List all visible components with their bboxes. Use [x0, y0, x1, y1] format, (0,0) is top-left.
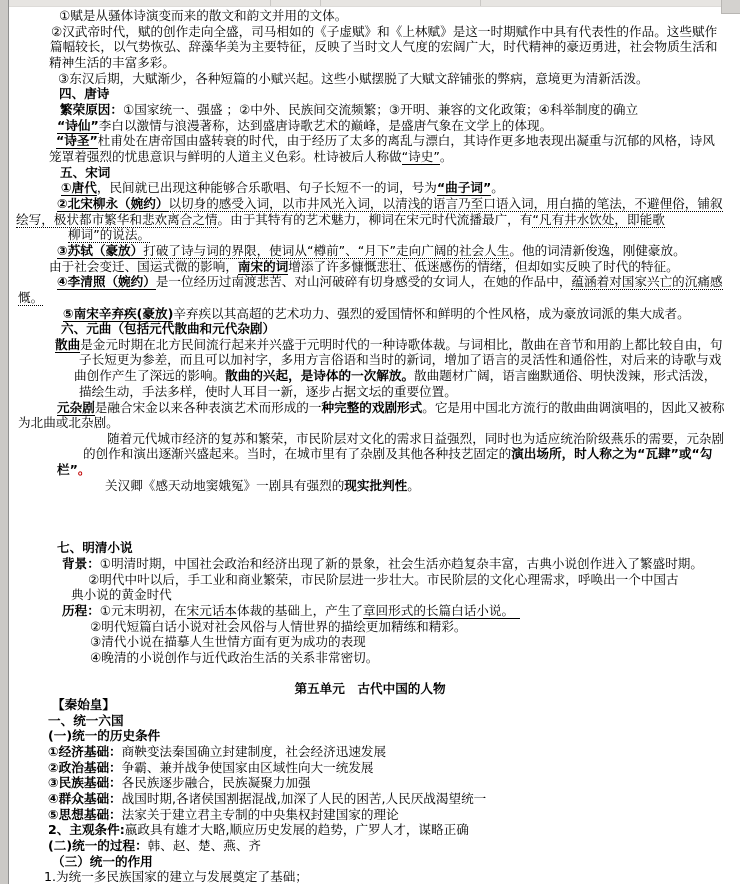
doc-text-segment: ③东汉后期，大赋渐少，各种短篇的小赋兴起。这些小赋摆脱了大赋文辞铺张的弊病，意境…: [58, 71, 649, 86]
doc-line: 篇幅较长，以气势恢弘、辞藻华美为主要特征，反映了当时文人气度的宏阔广大，时代精神…: [50, 39, 717, 54]
doc-text-segment: 为北曲或北杂剧。: [18, 415, 119, 430]
doc-text-segment: ②明代中叶以后，手工业和商业繁荣，市民阶层进一步壮大。市民阶层的文化心理需求，呼…: [88, 572, 679, 587]
doc-text-segment: ③民族基础：: [48, 775, 122, 790]
doc-text-segment: ③苏轼（豪放）: [57, 243, 143, 259]
doc-text-segment: 篇幅较长，以气势恢弘、辞藻华美为主要特征，反映了当时文人气度的宏阔广大，时代精神…: [50, 39, 717, 54]
doc-text-segment: 元杂剧: [57, 400, 95, 416]
doc-text-segment: 关汉卿《感天动地窦娥冤》一剧具有强烈的: [105, 478, 344, 493]
doc-line: 为北曲或北杂剧。: [18, 415, 119, 430]
doc-text-segment: 散曲的兴起，是诗体的一次解放。: [225, 368, 414, 383]
doc-text-segment: 争霸、兼并战争使国家由区域性向大一统发展: [122, 760, 374, 775]
doc-text-segment: 绘写，极状都市繁华和悲欢离合之情: [16, 212, 218, 228]
doc-line: ③东汉后期，大赋渐少，各种短篇的小赋兴起。这些小赋摆脱了大赋文辞铺张的弊病，意境…: [58, 71, 649, 86]
doc-text-segment: ①赋是从骚体诗演变而来的散文和韵文并用的文体。: [59, 8, 347, 23]
doc-text-segment: 曲创作产生了深远的影响。: [74, 368, 225, 383]
doc-text-segment: （三）统一的作用: [52, 854, 153, 869]
doc-text-segment: 嬴政具有雄才大略,顺应历史发展的趋势，广罗人才，谋略正确: [125, 822, 469, 837]
doc-line: 2、主观条件:嬴政具有雄才大略,顺应历史发展的趋势，广罗人才，谋略正确: [48, 822, 469, 837]
doc-text-segment: 2、主观条件:: [48, 822, 125, 837]
doc-text-segment: 随着元代城市经济的复苏和繁荣，市民阶层对文化的需求日益强烈，同时也为适应统治阶级…: [107, 431, 724, 446]
doc-line: 柳词”的说法。: [68, 227, 150, 243]
doc-line: ⑤思想基础：法家关于建立君主专制的中央集权封建国家的理论: [48, 807, 399, 822]
doc-line: (一)统一的历史条件: [48, 728, 160, 743]
doc-text-segment: 。: [440, 149, 453, 164]
doc-line: ④晚清的小说创作与近代政治生活的关系非常密切。: [90, 650, 378, 665]
doc-text-segment: ①唐代: [61, 180, 97, 196]
doc-text-segment: 描绘生动，手法多样，使时人耳目一新，逐步占据文坛的重要位置。: [79, 384, 457, 399]
document-page: ①赋是从骚体诗演变而来的散文和韵文并用的文体。②汉武帝时代，赋的创作走向全盛，司…: [0, 0, 740, 884]
doc-text-segment: 一、统一六国: [48, 713, 124, 728]
doc-text-segment: 宋元话本: [187, 603, 237, 619]
doc-line: 一、统一六国: [48, 713, 124, 728]
doc-text-segment: 各民族逐步融合，民族凝聚力加强: [122, 775, 311, 790]
doc-text-segment: 增添了许多慷慨悲壮、低迷感伤的情绪，但却如实反映了时代的特征。: [288, 259, 678, 274]
doc-line: ④群众基础：战国时期,各诸侯国割据混战,加深了人民的困苦,人民厌战渴望统一: [48, 791, 486, 806]
doc-line: ②明代短篇白话小说对社会风俗与人情世界的描绘更加精练和精彩。: [90, 619, 467, 634]
doc-text-segment: ④晚清的小说创作与近代政治生活的关系非常密切。: [90, 650, 378, 665]
doc-text-segment: “诗史”: [402, 149, 440, 165]
doc-line: 栏”。: [57, 462, 90, 477]
doc-text-segment: 辛弃疾以其高超的艺术功力、强烈的爱国情怀和鲜明的个性风格，成为豪放词派的集大成者…: [173, 306, 689, 321]
doc-line: ①经济基础：商鞅变法秦国确立封建制度，社会经济迅速发展: [48, 744, 386, 759]
doc-text-segment: 七、明清小说: [57, 540, 133, 555]
table-gridline-remnant: [270, 0, 271, 6]
doc-line: 四、唐诗: [59, 86, 109, 101]
doc-line: （三）统一的作用: [52, 854, 153, 869]
doc-text-segment: 。: [407, 478, 420, 493]
doc-line: ④李清照（婉约）是一位经历过南渡悲苦、对山河破碎有切身感受的女词人，在她的作品中…: [57, 274, 723, 290]
doc-line: 关汉卿《感天动地窦娥冤》一剧具有强烈的现实批判性。: [105, 478, 420, 493]
doc-line: 子长短更为参差，而且可以加衬字，多用方言俗语和当时的新词，增加了语言的灵活性和通…: [79, 352, 721, 367]
doc-text-segment: 以切身的感受入词，以市井风光入词，以清浅的语言乃至口语入词，用白描的笔法，不避俚…: [168, 196, 722, 212]
doc-text-segment: ①国家统一、强盛 ；②中外、民族间交流频繁；③开明、兼容的文化政策；④科举制度的…: [123, 102, 638, 117]
doc-line: ③民族基础：各民族逐步融合，民族凝聚力加强: [48, 775, 311, 790]
doc-text-segment: ①经济基础：: [48, 744, 122, 759]
doc-text-segment: 慨。: [18, 290, 43, 306]
doc-text-segment: 战国时期,各诸侯国割据混战,加深了人民的困苦,人民厌战渴望统一: [122, 791, 487, 806]
doc-text-segment: 散曲: [55, 337, 80, 353]
doc-text-segment: 精神生活的丰富多彩。: [49, 55, 175, 70]
doc-line: ③苏轼（豪放）打破了诗与词的界限，使词从“樽前”、“月下”走向广阔的社会人生。他…: [57, 243, 686, 259]
doc-text-segment: 背景：: [62, 556, 100, 571]
doc-text-segment: ⑤思想基础：: [48, 807, 122, 822]
doc-text-segment: 柳词”的说法。: [68, 227, 150, 243]
doc-line: ③清代小说在描摹人生世情方面有更为成功的表现: [90, 634, 366, 649]
doc-line: 元杂剧是融合宋金以来各种表演艺术而形成的一种完整的戏剧形式。它是用中国北方流行的…: [57, 400, 724, 416]
doc-line: “诗圣”杜甫处在唐帝国由盛转衰的时代，由于经历了太多的离乱与漂白，其诗作更多地表…: [56, 133, 715, 149]
doc-line: 笼罩着强烈的忧患意识与鲜明的人道主义色彩。杜诗被后人称做“诗史”。: [49, 149, 452, 165]
doc-text-segment: 法家关于建立君主专制的中央集权封建国家的理论: [122, 807, 399, 822]
doc-text-segment: 笼罩着强烈的忧患意识与鲜明的人道主义色彩。杜诗被后人称做: [49, 149, 402, 164]
doc-text-segment: ④李清照（婉约）: [57, 274, 156, 290]
doc-text-segment: (二)统一的过程：: [48, 838, 148, 853]
doc-text-segment: ③清代小说在描摹人生世情方面有更为成功的表现: [90, 634, 366, 649]
doc-text-segment: 散曲题材广阔，语言幽默通俗、明快泼辣，形式活泼，: [414, 368, 716, 383]
doc-text-segment: 演出场所，时人称之为“瓦肆”或“勾: [511, 446, 712, 461]
doc-text-segment: ①元末明初，在: [100, 603, 187, 618]
doc-line: 由于社会变迁、国运式微的影响，南宋的词增添了许多慷慨悲壮、低迷感伤的情绪，但却如…: [49, 259, 679, 275]
doc-text-segment: 是融合宋金以来各种表演艺术而形成的一: [95, 400, 322, 415]
doc-text-segment: “诗圣”: [56, 133, 98, 149]
doc-line: 历程：①元末明初，在宋元话本体裁的基础上，产生了章回形式的长篇白话小说。: [62, 603, 520, 619]
doc-text-segment: ②政治基础：: [48, 760, 122, 775]
doc-text-segment: 。他的词清新俊逸，刚健豪放。: [509, 243, 685, 258]
doc-text-segment: 的创作和演出逐渐兴盛起来。当时，在城市里有了杂剧及其他各种技艺固定的: [83, 446, 511, 461]
doc-text-segment: ，民间就已出现这种能够合乐歌唱、句子长短不一的词，号为: [97, 180, 437, 195]
doc-text-segment: 。它是用中国北方流行的散曲曲调演唱的，因此又被称: [422, 400, 724, 415]
doc-text-segment: 。由于其特有的艺术魅力，柳词在宋元时代流播最广，有: [218, 212, 533, 227]
doc-text-segment: ①明清时期，中国社会政治和经济出现了新的景象，社会生活亦趋复杂丰富，古典小说创作…: [100, 556, 703, 571]
doc-text-segment: 由于社会变迁、国运式微的影响，: [49, 259, 238, 274]
doc-text-segment: 是金元时期在北方民间流行起来并兴盛于元明时代的一种诗歌体裁。与词相比，散曲在音节…: [80, 337, 722, 352]
doc-text-segment: 现实批判性: [344, 478, 407, 493]
doc-text-segment: 栏”: [57, 462, 78, 477]
doc-line: 六、元曲（包括元代散曲和元代杂剧）: [61, 321, 275, 336]
doc-text-segment: 是一位经历过南渡悲苦、对山河破碎有切身感受的女词人，在她的作品中，: [156, 274, 572, 289]
doc-line: 七、明清小说: [57, 540, 133, 555]
doc-line: 精神生活的丰富多彩。: [49, 55, 175, 70]
doc-text-segment: 商鞅变法秦国确立封建制度，社会经济迅速发展: [122, 744, 386, 759]
table-gridline-remnant: [480, 0, 481, 6]
doc-line: 曲创作产生了深远的影响。散曲的兴起，是诗体的一次解放。散曲题材广阔，语言幽默通俗…: [74, 368, 716, 383]
doc-text-segment: 四、唐诗: [59, 86, 109, 101]
doc-text-segment: 李白以激情与浪漫著称，达到盛唐诗歌艺术的巅峰，是盛唐气象在文学上的体现。: [99, 118, 552, 133]
doc-text-segment: ②北宋柳永（婉约）: [57, 196, 168, 212]
doc-line: 散曲是金元时期在北方民间流行起来并兴盛于元明时代的一种诗歌体裁。与词相比，散曲在…: [55, 337, 722, 353]
doc-text-segment: 体裁的基础上，产生了: [237, 603, 363, 618]
doc-text-segment: 典小说的黄金时代: [71, 587, 172, 602]
doc-line: ②明代中叶以后，手工业和商业繁荣，市民阶层进一步壮大。市民阶层的文化心理需求，呼…: [88, 572, 679, 587]
doc-line: 描绘生动，手法多样，使时人耳目一新，逐步占据文坛的重要位置。: [79, 384, 457, 399]
doc-text-segment: “凡有井水饮处，即能歌: [532, 212, 664, 228]
doc-text-segment: 种完整的戏剧形式: [321, 400, 422, 415]
doc-line: 背景：①明清时期，中国社会政治和经济出现了新的景象，社会生活亦趋复杂丰富，古典小…: [62, 556, 703, 571]
doc-text-segment: 打破了诗与词的界限，使词从“樽前”、“月下”走向广阔的社会人生: [143, 243, 509, 259]
doc-line: 1.为统一多民族国家的建立与发展奠定了基础；: [44, 869, 308, 884]
doc-text-segment: 南宋的词: [238, 259, 288, 275]
doc-text-segment: ②汉武帝时代，赋的创作走向全盛，司马相如的《子虚赋》和《上林赋》是这一时期赋作中…: [51, 24, 717, 39]
doc-text-segment: 。: [78, 462, 91, 477]
doc-text-segment: 韩、赵、楚、燕、齐: [148, 838, 261, 853]
doc-text-segment: 杜甫处在唐帝国由盛转衰的时代，由于经历了太多的离乱与漂白，其诗作更多地表现出凝重…: [98, 133, 715, 148]
doc-text-segment: “诗仙”: [57, 118, 99, 134]
doc-text-segment: ②明代短篇白话小说对社会风俗与人情世界的描绘更加精练和精彩。: [90, 619, 467, 634]
doc-line: 典小说的黄金时代: [71, 587, 172, 602]
doc-text-segment: “曲子词”: [437, 180, 491, 196]
doc-text-segment: 繁荣原因：: [60, 102, 123, 117]
doc-line: ②北宋柳永（婉约）以切身的感受入词，以市井风光入词，以清浅的语言乃至口语入词，用…: [57, 196, 723, 212]
doc-line: 【秦始皇】: [52, 697, 115, 712]
doc-text-segment: 五、宋词: [60, 165, 110, 180]
doc-line: (二)统一的过程：韩、赵、楚、燕、齐: [48, 838, 261, 853]
doc-text-segment: 第五单元 古代中国的人物: [294, 681, 445, 696]
doc-text-segment: 。: [491, 180, 504, 195]
doc-text-segment: 1.为统一多民族国家的建立与发展奠定了基础；: [44, 869, 308, 884]
doc-line: ①赋是从骚体诗演变而来的散文和韵文并用的文体。: [59, 8, 347, 23]
doc-line: 繁荣原因：①国家统一、强盛 ；②中外、民族间交流频繁；③开明、兼容的文化政策；④…: [60, 102, 638, 117]
doc-line: ⑤南宋辛弃疾(豪放)辛弃疾以其高超的艺术功力、强烈的爱国情怀和鲜明的个性风格，成…: [63, 306, 690, 322]
doc-text-segment: 【秦始皇】: [52, 697, 115, 712]
doc-line: “诗仙”李白以激情与浪漫著称，达到盛唐诗歌艺术的巅峰，是盛唐气象在文学上的体现。: [57, 118, 552, 134]
doc-text-segment: 章回形式的长篇白话小说。: [363, 603, 520, 619]
doc-line: 随着元代城市经济的复苏和繁荣，市民阶层对文化的需求日益强烈，同时也为适应统治阶级…: [107, 431, 724, 446]
doc-line: 慨。: [18, 290, 43, 306]
document-viewport: ①赋是从骚体诗演变而来的散文和韵文并用的文体。②汉武帝时代，赋的创作走向全盛，司…: [0, 0, 740, 884]
doc-text-segment: 六、元曲（包括元代散曲和元代杂剧）: [61, 321, 275, 336]
doc-text-segment: ④群众基础：: [48, 791, 122, 806]
doc-line: 第五单元 古代中国的人物: [0, 681, 740, 696]
doc-text-segment: 蕴涵着对国家兴亡的沉痛感: [571, 274, 722, 290]
doc-text-segment: ⑤南宋辛弃疾(豪放): [63, 306, 173, 322]
doc-text-segment: (一)统一的历史条件: [48, 728, 160, 743]
doc-line: ②政治基础：争霸、兼并战争使国家由区域性向大一统发展: [48, 760, 374, 775]
doc-line: 五、宋词: [60, 165, 110, 180]
table-gridline-remnant: [320, 0, 321, 6]
doc-line: ①唐代，民间就已出现这种能够合乐歌唱、句子长短不一的词，号为“曲子词”。: [61, 180, 504, 196]
doc-line: 绘写，极状都市繁华和悲欢离合之情。由于其特有的艺术魅力，柳词在宋元时代流播最广，…: [16, 212, 665, 228]
doc-text-segment: 历程：: [62, 603, 100, 618]
doc-text-segment: 子长短更为参差，而且可以加衬字，多用方言俗语和当时的新词，增加了语言的灵活性和通…: [79, 352, 721, 367]
doc-line: 的创作和演出逐渐兴盛起来。当时，在城市里有了杂剧及其他各种技艺固定的演出场所，时…: [83, 446, 712, 461]
doc-line: ②汉武帝时代，赋的创作走向全盛，司马相如的《子虚赋》和《上林赋》是这一时期赋作中…: [51, 24, 717, 39]
